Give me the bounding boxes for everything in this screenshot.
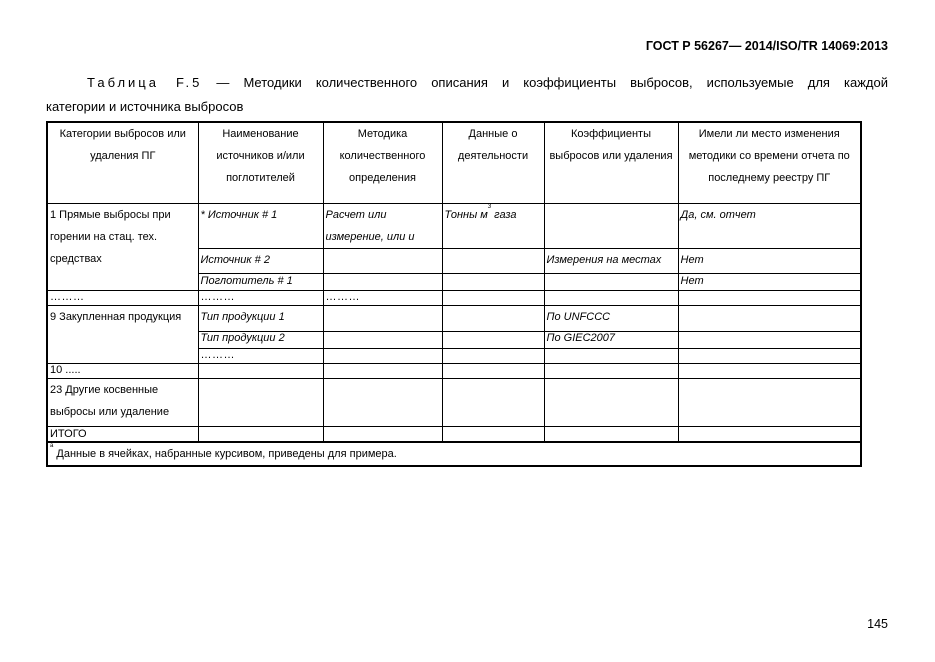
cell-method: [323, 378, 442, 426]
caption-line-2: категории и источника выбросов: [46, 99, 243, 114]
cell-source: [198, 378, 323, 426]
cell-method: Расчет или измерение, или и: [323, 203, 442, 248]
cell-coefficient: [544, 426, 678, 442]
cell-changes: Да, см. отчет: [678, 203, 861, 248]
table-header-row: Категории выбросов или удаления ПГ Наиме…: [47, 122, 861, 203]
caption-dash: —: [216, 75, 229, 90]
cell-source: Тип продукции 2: [198, 331, 323, 348]
caption-label: Таблица F.5: [87, 75, 202, 90]
cell-category: 23 Другие косвенные выбросы или удаление: [47, 378, 198, 426]
cell-activity: [442, 426, 544, 442]
cell-activity: [442, 363, 544, 378]
table-row: 9 Закупленная продукция Тип продукции 1 …: [47, 305, 861, 331]
activity-prefix: Тонны м: [445, 209, 488, 221]
header-method-changes: Имели ли место изменения методики со вре…: [678, 122, 861, 203]
standard-code: ГОСТ Р 56267— 2014/ISO/TR 14069:2013: [0, 39, 888, 53]
cell-method: [323, 248, 442, 273]
table-caption: Таблица F.5 — Методики количественного о…: [46, 71, 888, 119]
cell-total-label: ИТОГО: [47, 426, 198, 442]
cell-changes: [678, 290, 861, 305]
table-footnote: a Данные в ячейках, набранные курсивом, …: [47, 442, 861, 466]
cell-changes: [678, 348, 861, 363]
cell-activity: [442, 331, 544, 348]
cell-activity: Тонны м3 газа: [442, 203, 544, 248]
cell-changes: Нет: [678, 248, 861, 273]
cell-source: [198, 426, 323, 442]
cell-changes: [678, 378, 861, 426]
table-row: ……… ……… ………: [47, 290, 861, 305]
cell-changes: [678, 305, 861, 331]
cell-changes: [678, 363, 861, 378]
cell-activity: [442, 305, 544, 331]
cell-activity: [442, 378, 544, 426]
page-number: 145: [0, 617, 888, 631]
cell-source: * Источник # 1: [198, 203, 323, 248]
table-row-total: ИТОГО: [47, 426, 861, 442]
cell-method: [323, 426, 442, 442]
cell-method: [323, 331, 442, 348]
cell-coefficient: [544, 348, 678, 363]
caption-line-1: Таблица F.5 — Методики количественного о…: [46, 71, 888, 95]
activity-suffix: газа: [491, 209, 516, 221]
header-coefficients: Коэффициенты выбросов или удаления: [544, 122, 678, 203]
cell-source: Источник # 2: [198, 248, 323, 273]
cell-coefficient: По UNFCCC: [544, 305, 678, 331]
caption-text: Методики количественного описания и коэф…: [243, 75, 888, 90]
cell-coefficient: По GIEC2007: [544, 331, 678, 348]
header-activity-data: Данные о деятельности: [442, 122, 544, 203]
cell-source: ………: [198, 348, 323, 363]
header-sources: Наименование источников и/или поглотител…: [198, 122, 323, 203]
cell-coefficient: Измерения на местах: [544, 248, 678, 273]
cell-category: 1 Прямые выбросы при горении на стац. те…: [47, 203, 198, 290]
cell-method: [323, 348, 442, 363]
cell-category: ………: [47, 290, 198, 305]
cell-activity: [442, 248, 544, 273]
cell-category: 10 .....: [47, 363, 198, 378]
cell-changes: [678, 426, 861, 442]
cell-method: [323, 363, 442, 378]
table-row: 23 Другие косвенные выбросы или удаление: [47, 378, 861, 426]
cell-method: [323, 273, 442, 290]
cell-source: ………: [198, 290, 323, 305]
emissions-methods-table: Категории выбросов или удаления ПГ Наиме…: [46, 121, 862, 467]
cell-source: Поглотитель # 1: [198, 273, 323, 290]
cell-changes: [678, 331, 861, 348]
footnote-text: Данные в ячейках, набранные курсивом, пр…: [53, 448, 396, 460]
cell-coefficient: [544, 273, 678, 290]
table-row: 10 .....: [47, 363, 861, 378]
cell-source: [198, 363, 323, 378]
cell-coefficient: [544, 290, 678, 305]
cell-activity: [442, 273, 544, 290]
cell-activity: [442, 290, 544, 305]
cell-coefficient: [544, 378, 678, 426]
cell-source: Тип продукции 1: [198, 305, 323, 331]
cell-activity: [442, 348, 544, 363]
cell-method: ………: [323, 290, 442, 305]
table-footnote-row: a Данные в ячейках, набранные курсивом, …: [47, 442, 861, 466]
cell-category: 9 Закупленная продукция: [47, 305, 198, 363]
cell-changes: Нет: [678, 273, 861, 290]
header-categories: Категории выбросов или удаления ПГ: [47, 122, 198, 203]
table-row: 1 Прямые выбросы при горении на стац. те…: [47, 203, 861, 248]
cell-coefficient: [544, 203, 678, 248]
cell-coefficient: [544, 363, 678, 378]
cell-method: [323, 305, 442, 331]
header-method: Методика количественного определения: [323, 122, 442, 203]
